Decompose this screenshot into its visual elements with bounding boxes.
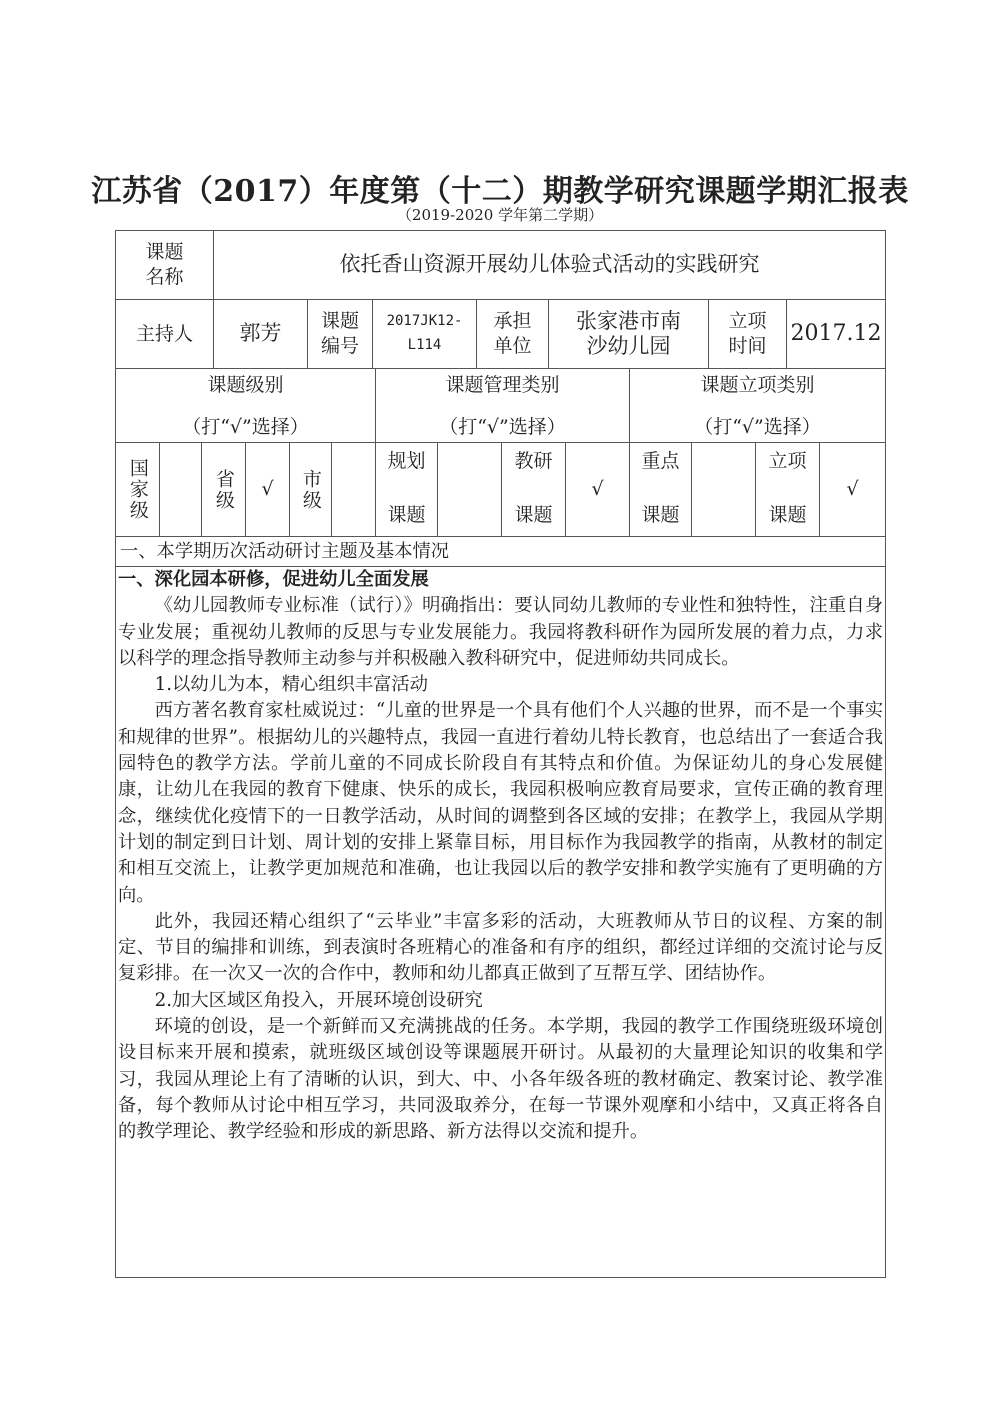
content-title: 一、深化园本研修，促进幼儿全面发展 xyxy=(118,567,883,593)
category-project-header: 课题立项类别 （打“√”选择） xyxy=(630,369,886,443)
option-planning-check[interactable] xyxy=(438,443,502,537)
option-approved-label: 立项 课题 xyxy=(756,443,820,537)
option-key-check[interactable] xyxy=(692,443,756,537)
host-name: 郭芳 xyxy=(214,300,308,369)
paragraph-2: 此外，我园还精心组织了“云毕业”丰富多彩的活动，大班教师从节日的议程、方案的制定… xyxy=(118,909,883,988)
option-city-label: 市级 xyxy=(290,443,332,537)
option-teaching-research-label: 教研 课题 xyxy=(502,443,566,537)
option-city-check[interactable] xyxy=(332,443,376,537)
unit-label: 承担 单位 xyxy=(477,300,549,369)
category-level-header: 课题级别 （打“√”选择） xyxy=(115,369,376,443)
date-value: 2017.12 xyxy=(787,300,886,369)
code-value: 2017JK12- L114 xyxy=(373,300,477,369)
paragraph-3: 环境的创设，是一个新鲜而又充满挑战的任务。本学期，我园的教学工作围绕班级环境创设… xyxy=(118,1014,883,1145)
unit-value: 张家港市南 沙幼儿园 xyxy=(549,300,709,369)
paragraph-1: 西方著名教育家杜威说过：“儿童的世界是一个具有他们个人兴趣的世界，而不是一个事实… xyxy=(118,698,883,908)
option-provincial-check[interactable]: √ xyxy=(246,443,290,537)
subheading-2: 2.加大区域区角投入，开展环境创设研究 xyxy=(118,988,883,1014)
section-content: 一、深化园本研修，促进幼儿全面发展 《幼儿园教师专业标准（试行）》明确指出：要认… xyxy=(118,567,883,1146)
option-teaching-research-check[interactable]: √ xyxy=(566,443,630,537)
page-subtitle: （2019-2020 学年第二学期） xyxy=(0,204,1000,225)
host-label: 主持人 xyxy=(115,300,214,369)
option-key-label: 重点 课题 xyxy=(630,443,692,537)
code-label: 课题 编号 xyxy=(308,300,373,369)
topic-label: 课题 名称 xyxy=(115,230,214,300)
date-label: 立项 时间 xyxy=(709,300,787,369)
option-provincial-label: 省级 xyxy=(202,443,246,537)
option-planning-label: 规划 课题 xyxy=(376,443,438,537)
option-national-label: 国家级 xyxy=(115,443,160,537)
subheading-1: 1.以幼儿为本，精心组织丰富活动 xyxy=(118,672,883,698)
option-national-check[interactable] xyxy=(160,443,202,537)
intro-paragraph: 《幼儿园教师专业标准（试行）》明确指出：要认同幼儿教师的专业性和独特性，注重自身… xyxy=(118,593,883,672)
topic-name: 依托香山资源开展幼儿体验式活动的实践研究 xyxy=(214,230,886,300)
section-heading: 一、本学期历次活动研讨主题及基本情况 xyxy=(115,537,886,567)
option-approved-check[interactable]: √ xyxy=(820,443,886,537)
category-management-header: 课题管理类别 （打“√”选择） xyxy=(376,369,630,443)
